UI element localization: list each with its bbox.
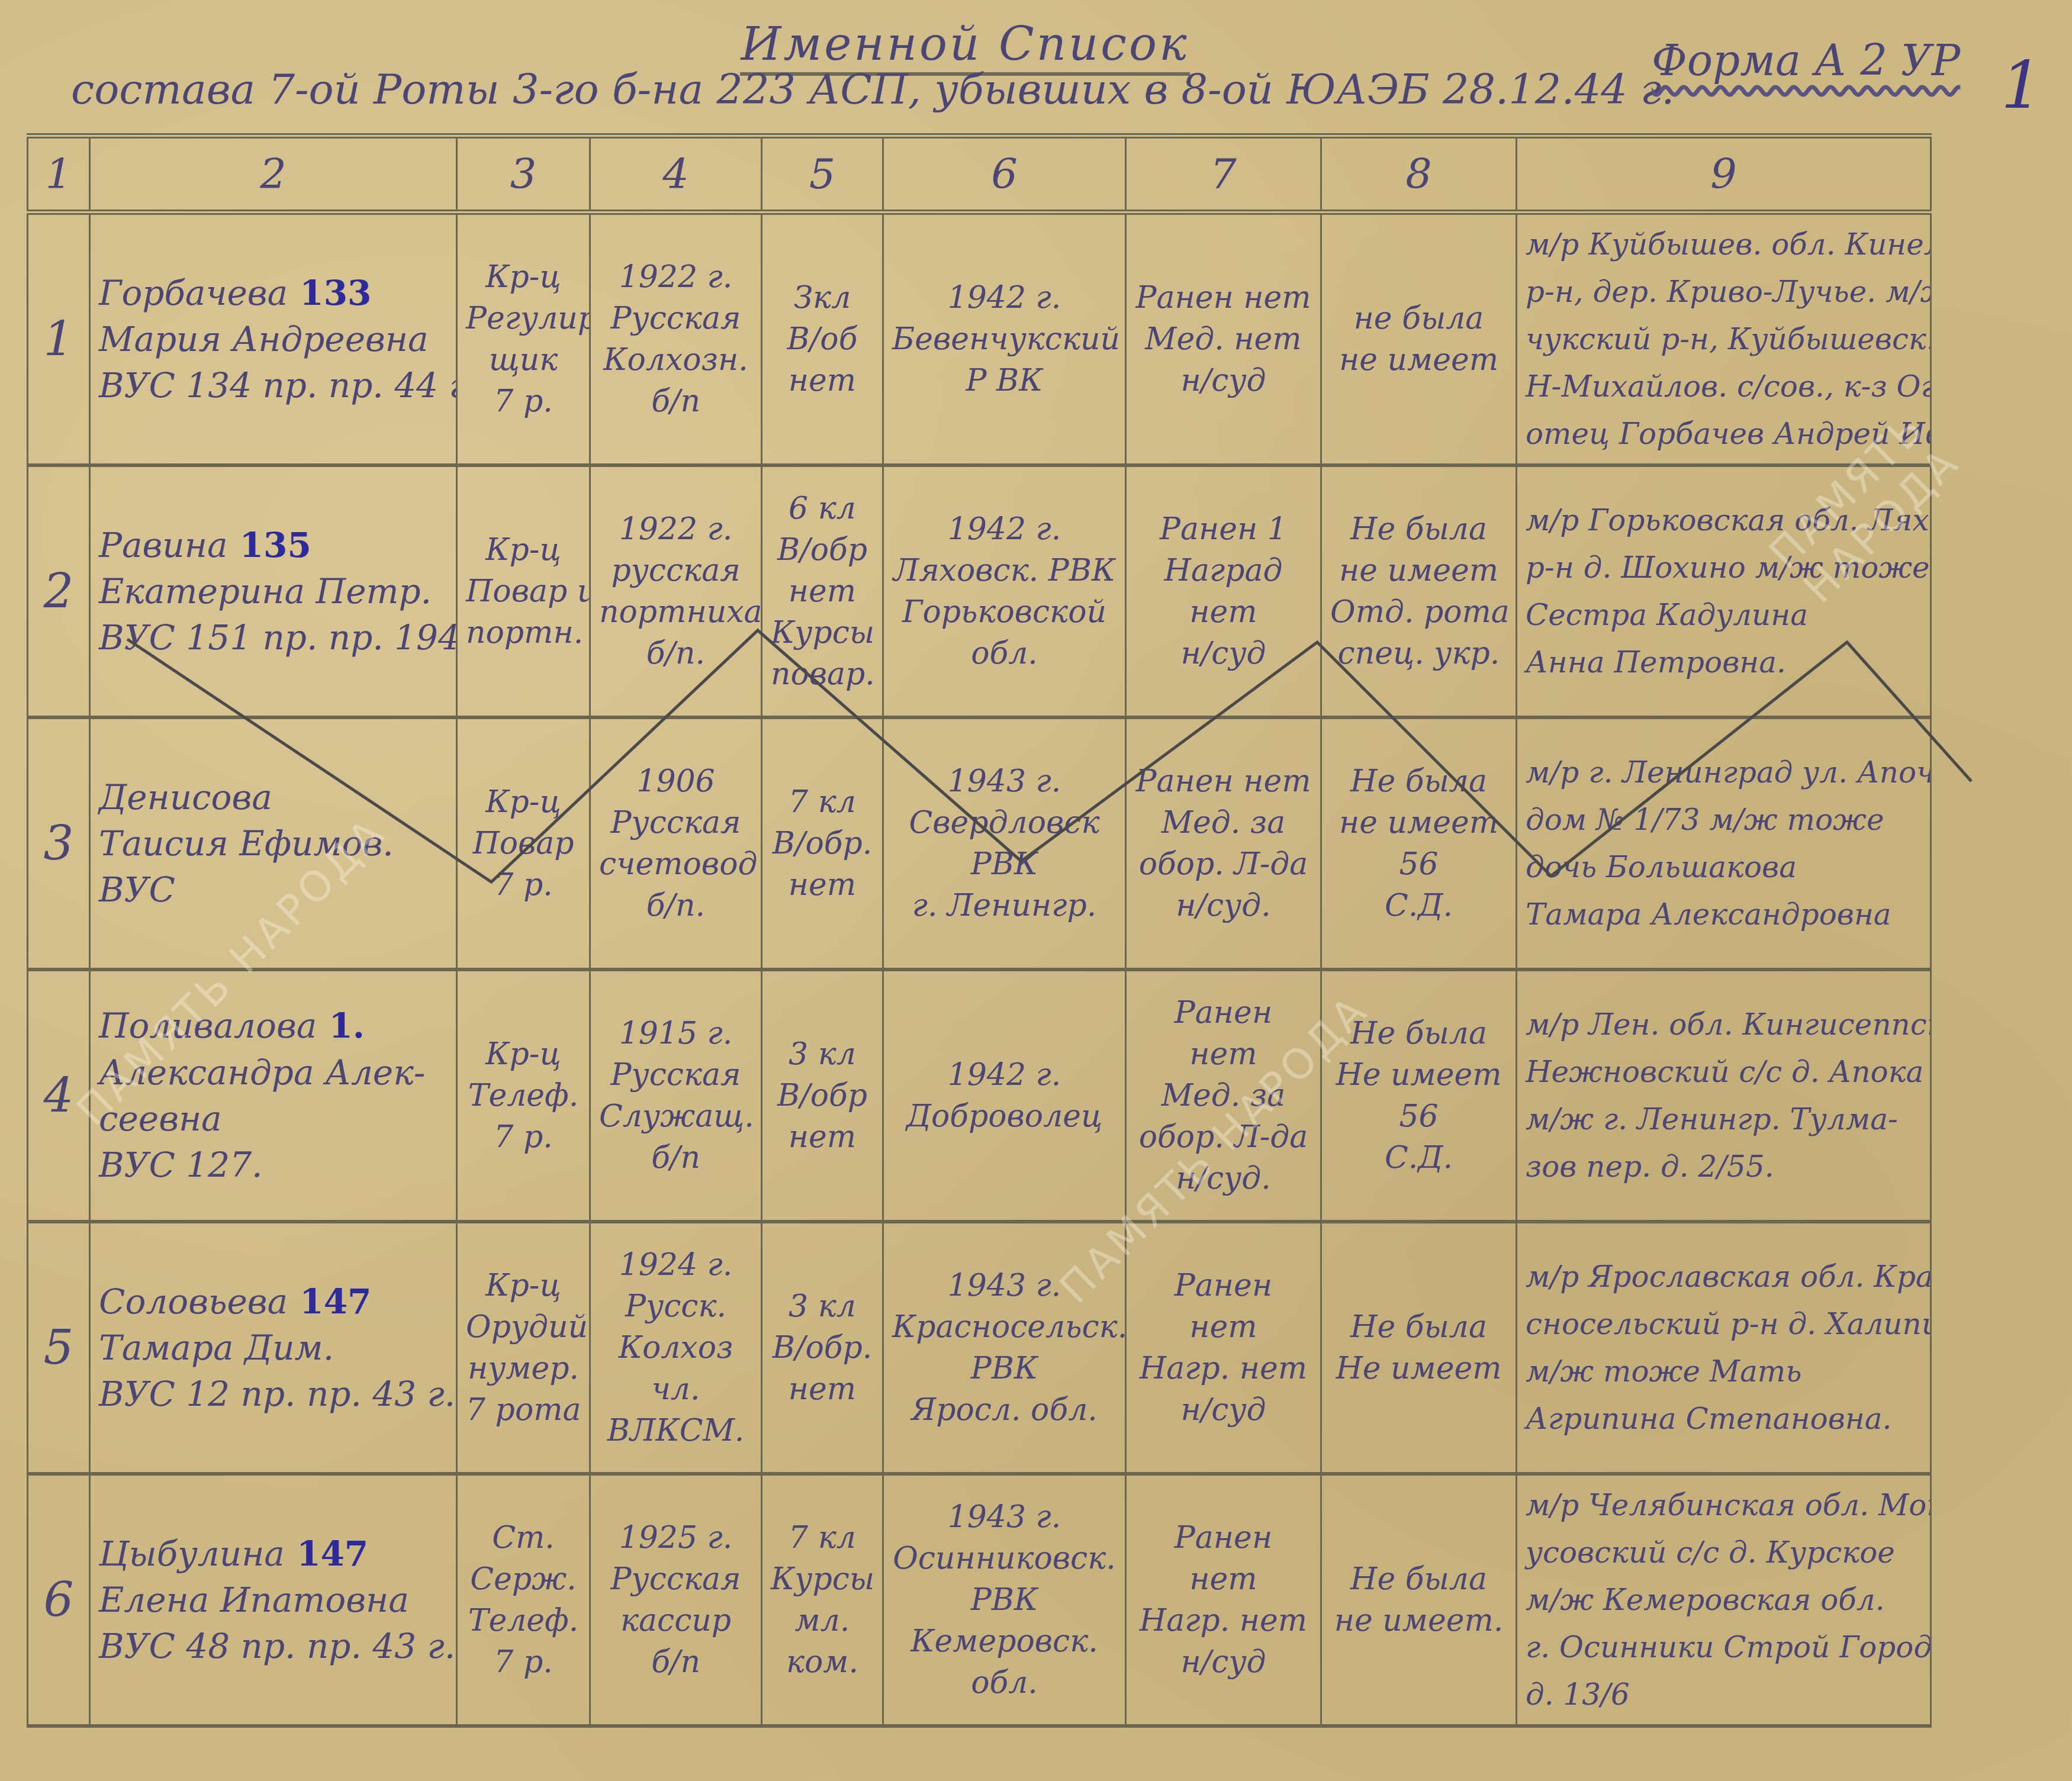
cell-line: Зкл <box>771 277 874 318</box>
cell-line: Таисия Ефимов. <box>99 820 448 867</box>
cell-col5: 7 клКурсымл.ком. <box>762 1474 883 1726</box>
cell-line: В/обр <box>771 1075 874 1116</box>
cell-line: м/ж г. Ленингр. Тулма- <box>1526 1096 1922 1143</box>
cell-col4: 1924 г.Русск.Колхозчл.ВЛКСМ. <box>590 1222 762 1474</box>
cell-line: ВУС 151 пр. пр. 1942 г. <box>99 614 448 661</box>
cell-line: н/суд <box>1135 360 1312 401</box>
cell-col7: Ранен нетМед. нетн/суд <box>1126 212 1321 466</box>
cell-line: н/суд <box>1135 1389 1312 1431</box>
cell-line: Отд. рота <box>1330 591 1507 633</box>
cell-name: ДенисоваТаисия Ефимов.ВУС <box>90 717 457 970</box>
cell-line: мл. <box>771 1600 874 1641</box>
cell-col6: 1942 г.Доброволец <box>883 970 1126 1222</box>
cell-line: г. Осинники Строй Городок <box>1526 1624 1922 1671</box>
column-header-3: 3 <box>457 136 590 212</box>
cell-line: Русская <box>599 298 752 339</box>
cell-line: Мария Андреевна <box>99 316 448 362</box>
cell-line: ВЛКСМ. <box>599 1410 752 1451</box>
cell-line: Не была <box>1330 1306 1507 1348</box>
cell-line: Кр-ц <box>466 1033 581 1075</box>
cell-line: б/п <box>599 1641 752 1683</box>
cell-col5: ЗклВ/обнет <box>762 212 883 466</box>
cell-line: РВК <box>892 1348 1117 1389</box>
cell-line: м/р Куйбышев. обл. Кинель-Черкасский <box>1526 221 1922 268</box>
cell-line: счетовод <box>599 843 752 885</box>
cell-line: Ляховск. РВК <box>892 550 1117 591</box>
cell-line: н/суд. <box>1135 1158 1312 1199</box>
cell-line: нет <box>771 864 874 906</box>
cell-line: 7 кл <box>771 1517 874 1558</box>
table-row: 2Равина 135Екатерина Петр.ВУС 151 пр. пр… <box>28 465 1931 717</box>
cell-line: 1922 г. <box>599 256 752 298</box>
cell-line: Горьковской <box>892 591 1117 633</box>
column-header-9: 9 <box>1517 136 1931 212</box>
cell-line: Русск. <box>599 1286 752 1327</box>
cell-col3: Кр-цРегулиров-щик7 р. <box>457 212 590 466</box>
cell-line: нет <box>1135 1558 1312 1600</box>
cell-line: б/п. <box>599 885 752 926</box>
cell-line: 1942 г. <box>892 277 1117 318</box>
cell-col6: 1942 г.БевенчукскийР ВК <box>883 212 1126 466</box>
cell-line: н/суд <box>1135 633 1312 674</box>
cell-line: б/п <box>599 381 752 422</box>
cell-col5: 3 клВ/обр.нет <box>762 1222 883 1474</box>
cell-name: Горбачева 133Мария АндреевнаВУС 134 пр. … <box>90 212 457 466</box>
cell-col7: Ранен 1Награднетн/суд <box>1126 465 1321 717</box>
cell-col4: 1925 г.Русскаякассирб/п <box>590 1474 762 1726</box>
cell-col6: 1943 г.Осинниковск.РВККемеровск.обл. <box>883 1474 1126 1726</box>
cell-line: 7 р. <box>466 1641 581 1683</box>
cell-line: 3 кл <box>771 1286 874 1327</box>
cell-line: 7 р. <box>466 864 581 906</box>
row-number: 3 <box>28 717 90 970</box>
cell-line: Горбачева 133 <box>99 270 448 316</box>
cell-line: г. Ленингр. <box>892 885 1117 926</box>
cell-line: Красносельск. <box>892 1306 1117 1348</box>
cell-line: Русская <box>599 1054 752 1096</box>
cell-line: Курсы <box>771 612 874 653</box>
cell-line: Нежновский с/с д. Апока <box>1526 1048 1922 1096</box>
cell-line: р-н д. Шохино м/ж тоже <box>1526 544 1922 591</box>
registry-mark: 147 <box>288 1281 371 1322</box>
cell-line: 1943 г. <box>892 1265 1117 1306</box>
cell-line: б/п <box>599 1137 752 1178</box>
table-row: 5Соловьева 147Тамара Дим.ВУС 12 пр. пр. … <box>28 1222 1931 1474</box>
cell-line: нет <box>771 1368 874 1410</box>
row-number: 1 <box>28 212 90 466</box>
cell-line: 1943 г. <box>892 761 1117 802</box>
cell-line: нет <box>1135 591 1312 633</box>
cell-col9: м/р Куйбышев. обл. Кинель-Черкасскийр-н,… <box>1517 212 1931 466</box>
cell-line: Н-Михайлов. с/сов., к-з Огни <box>1526 363 1922 410</box>
cell-line: Денисова <box>99 774 448 820</box>
cell-line: н/суд. <box>1135 885 1312 926</box>
cell-col3: Ст.Серж.Телеф.7 р. <box>457 1474 590 1726</box>
cell-col8: Не былане имеетОтд. ротаспец. укр. <box>1321 465 1517 717</box>
cell-line: ВУС 12 пр. пр. 43 г. <box>99 1371 448 1417</box>
cell-col9: м/р Лен. обл. Кингисеппский р.Нежновский… <box>1517 970 1931 1222</box>
cell-line: Тамара Дим. <box>99 1325 448 1371</box>
cell-col9: м/р Ярославская обл. Кра-сносельский р-н… <box>1517 1222 1931 1474</box>
cell-line: Равина 135 <box>99 522 448 568</box>
cell-line: Телеф. <box>466 1075 581 1116</box>
cell-line: Не имеет <box>1330 1348 1507 1389</box>
cell-line: р-н, дер. Криво-Лучье. м/жит. Бевен- <box>1526 268 1922 315</box>
cell-line: Наград <box>1135 550 1312 591</box>
column-header-4: 4 <box>590 136 762 212</box>
cell-line: нет <box>771 1116 874 1158</box>
cell-line: В/обр. <box>771 1327 874 1368</box>
cell-line: Русская <box>599 802 752 843</box>
cell-col3: Кр-цПовар ипортн. <box>457 465 590 717</box>
cell-line: н/суд <box>1135 1641 1312 1683</box>
cell-line: Кр-ц <box>466 529 581 571</box>
cell-line: Не была <box>1330 1558 1507 1600</box>
cell-line: Не была <box>1330 1013 1507 1054</box>
column-header-6: 6 <box>883 136 1126 212</box>
cell-line: Мед. за <box>1135 1075 1312 1116</box>
row-number: 5 <box>28 1222 90 1474</box>
cell-line: РВК <box>892 1579 1117 1621</box>
cell-col7: РаненнетНагр. нетн/суд <box>1126 1474 1321 1726</box>
registry-mark: 133 <box>288 273 371 313</box>
cell-col7: Ранен нетМед. заобор. Л-дан/суд. <box>1126 717 1321 970</box>
registry-mark: 135 <box>228 525 311 565</box>
cell-line: Курсы <box>771 1558 874 1600</box>
form-code: Форма А 2 УР <box>1652 36 1960 85</box>
cell-line: 1906 <box>599 761 752 802</box>
cell-line: Русская <box>599 1558 752 1600</box>
cell-line: Александра Алек- <box>99 1049 448 1096</box>
cell-col7: РаненнетМед. заобор. Л-дан/суд. <box>1126 970 1321 1222</box>
cell-col9: м/р Челябинская обл. Мокро-усовский с/с … <box>1517 1474 1931 1726</box>
cell-col7: РаненнетНагр. нетн/суд <box>1126 1222 1321 1474</box>
cell-col4: 1922 г.русскаяпортнихаб/п. <box>590 465 762 717</box>
cell-line: чл. <box>599 1368 752 1410</box>
cell-line: Ранен <box>1135 992 1312 1033</box>
cell-line: Бевенчукский <box>892 318 1117 360</box>
document-subtitle: состава 7-ой Роты 3-го б-на 223 АСП, убы… <box>71 65 1669 114</box>
cell-line: Ст. <box>466 1517 581 1558</box>
column-header-5: 5 <box>762 136 883 212</box>
cell-line: Сестра Кадулина <box>1526 591 1922 639</box>
cell-line: Мед. нет <box>1135 318 1312 360</box>
cell-col4: 1922 г.РусскаяКолхозн.б/п <box>590 212 762 466</box>
row-number: 6 <box>28 1474 90 1726</box>
cell-line: В/обр <box>771 529 874 571</box>
cell-line: ВУС 127. <box>99 1142 448 1188</box>
cell-line: не имеет. <box>1330 1600 1507 1641</box>
cell-line: Ранен 1 <box>1135 508 1312 550</box>
cell-line: Нагр. нет <box>1135 1600 1312 1641</box>
cell-line: дом № 1/73 м/ж тоже <box>1526 796 1922 843</box>
cell-line: спец. укр. <box>1330 633 1507 674</box>
column-header-2: 2 <box>90 136 457 212</box>
cell-line: нет <box>1135 1306 1312 1348</box>
cell-line: 7 рота <box>466 1389 581 1431</box>
cell-line: Осинниковск. <box>892 1538 1117 1579</box>
cell-line: Кемеровск. <box>892 1621 1117 1662</box>
cell-line: Екатерина Петр. <box>99 568 448 614</box>
cell-line: Соловьева 147 <box>99 1278 448 1325</box>
cell-line: 7 р. <box>466 1116 581 1158</box>
cell-line: Поливалова 1. <box>99 1003 448 1049</box>
cell-line: нет <box>771 360 874 401</box>
cell-line: Кр-ц <box>466 1265 581 1306</box>
cell-line: русская <box>599 550 752 591</box>
cell-line: Кр-ц <box>466 781 581 823</box>
column-header-8: 8 <box>1321 136 1517 212</box>
row-number: 4 <box>28 970 90 1222</box>
cell-line: 1915 г. <box>599 1013 752 1054</box>
cell-line: обор. Л-да <box>1135 1116 1312 1158</box>
row-number: 2 <box>28 465 90 717</box>
cell-line: Серж. <box>466 1558 581 1600</box>
cell-line: 6 кл <box>771 488 874 529</box>
cell-line: Свердловск <box>892 802 1117 843</box>
cell-col4: 1915 г.РусскаяСлужащ.б/п <box>590 970 762 1222</box>
cell-line: сеевна <box>99 1096 448 1142</box>
cell-line: Доброволец <box>892 1096 1117 1137</box>
cell-line: 7 кл <box>771 781 874 823</box>
cell-col3: Кр-цТелеф.7 р. <box>457 970 590 1222</box>
cell-line: Тамара Александровна <box>1526 891 1922 938</box>
cell-col8: Не былаНе имеет56С.Д. <box>1321 970 1517 1222</box>
cell-col9: м/р Горьковская обл. Ляховскойр-н д. Шох… <box>1517 465 1931 717</box>
cell-line: 56 <box>1330 843 1507 885</box>
cell-col6: 1942 г.Ляховск. РВКГорьковскойобл. <box>883 465 1126 717</box>
cell-line: 1942 г. <box>892 508 1117 550</box>
cell-line: портниха <box>599 591 752 633</box>
cell-line: 1924 г. <box>599 1244 752 1286</box>
cell-col5: 6 клВ/обрнетКурсыповар. <box>762 465 883 717</box>
cell-line: Ранен нет <box>1135 277 1312 318</box>
cell-line: Ранен <box>1135 1265 1312 1306</box>
cell-line: не имеет <box>1330 802 1507 843</box>
cell-line: Нагр. нет <box>1135 1348 1312 1389</box>
cell-line: Регулиров- <box>466 298 581 339</box>
cell-line: Служащ. <box>599 1096 752 1137</box>
cell-line: Яросл. обл. <box>892 1389 1117 1431</box>
cell-line: м/р Ярославская обл. Кра- <box>1526 1253 1922 1300</box>
cell-line: ВУС <box>99 867 448 913</box>
cell-name: Цыбулина 147Елена ИпатовнаВУС 48 пр. пр.… <box>90 1474 457 1726</box>
cell-line: усовский с/с д. Курское <box>1526 1529 1922 1576</box>
cell-col3: Кр-цПовар7 р. <box>457 717 590 970</box>
cell-col9: м/р г. Ленинград ул. Апочининадом № 1/73… <box>1517 717 1931 970</box>
column-header-7: 7 <box>1126 136 1321 212</box>
cell-line: 1943 г. <box>892 1496 1117 1538</box>
cell-col8: не былане имеет <box>1321 212 1517 466</box>
table-row: 6Цыбулина 147Елена ИпатовнаВУС 48 пр. пр… <box>28 1474 1931 1726</box>
cell-line: Колхозн. <box>599 339 752 381</box>
cell-line: Елена Ипатовна <box>99 1577 448 1623</box>
cell-line: сносельский р-н д. Халипино. <box>1526 1300 1922 1348</box>
cell-line: Не была <box>1330 508 1507 550</box>
table-row: 4Поливалова 1.Александра Алек-сеевнаВУС … <box>28 970 1931 1222</box>
page-number: 1 <box>2001 47 2042 123</box>
cell-line: ВУС 134 пр. пр. 44 г. <box>99 362 448 408</box>
cell-line: чукский р-н, Куйбышевск. обл. <box>1526 315 1922 363</box>
cell-line: м/р Горьковская обл. Ляховской <box>1526 497 1922 544</box>
cell-line: обор. Л-да <box>1135 843 1312 885</box>
cell-line: Орудийн. <box>466 1306 581 1348</box>
cell-name: Соловьева 147Тамара Дим.ВУС 12 пр. пр. 4… <box>90 1222 457 1474</box>
cell-line: отец Горбачев Андрей Иванов. <box>1526 410 1922 458</box>
cell-line: нумер. <box>466 1348 581 1389</box>
registry-mark: 1. <box>317 1006 365 1046</box>
cell-line: б/п. <box>599 633 752 674</box>
cell-name: Поливалова 1.Александра Алек-сеевнаВУС 1… <box>90 970 457 1222</box>
registry-mark: 147 <box>285 1534 368 1574</box>
cell-line: м/ж Кемеровская обл. <box>1526 1576 1922 1624</box>
table-row: 1Горбачева 133Мария АндреевнаВУС 134 пр.… <box>28 212 1931 466</box>
cell-line: Мед. за <box>1135 802 1312 843</box>
personnel-table: 123456789 1Горбачева 133Мария АндреевнаВ… <box>27 133 1932 1728</box>
cell-line: Не была <box>1330 761 1507 802</box>
cell-col5: 3 клВ/обрнет <box>762 970 883 1222</box>
cell-col6: 1943 г.Красносельск.РВКЯросл. обл. <box>883 1222 1126 1474</box>
cell-line: Телеф. <box>466 1600 581 1641</box>
cell-line: 1942 г. <box>892 1054 1117 1096</box>
cell-line: не была <box>1330 298 1507 339</box>
cell-line: щик <box>466 339 581 381</box>
cell-col8: Не былаНе имеет <box>1321 1222 1517 1474</box>
cell-line: 3 кл <box>771 1033 874 1075</box>
cell-line: дочь Большакова <box>1526 843 1922 891</box>
cell-line: Анна Петровна. <box>1526 639 1922 686</box>
column-number-header: 123456789 <box>28 136 1931 212</box>
cell-line: м/р Лен. обл. Кингисеппский р. <box>1526 1001 1922 1048</box>
cell-line: д. 13/6 <box>1526 1671 1922 1718</box>
cell-line: Р ВК <box>892 360 1117 401</box>
cell-line: ком. <box>771 1641 874 1683</box>
cell-line: не имеет <box>1330 550 1507 591</box>
cell-line: С.Д. <box>1330 885 1507 926</box>
cell-line: обл. <box>892 633 1117 674</box>
cell-col4: 1906Русскаясчетоводб/п. <box>590 717 762 970</box>
cell-line: 56 <box>1330 1096 1507 1137</box>
cell-line: 1925 г. <box>599 1517 752 1558</box>
cell-line: РВК <box>892 843 1117 885</box>
cell-line: Цыбулина 147 <box>99 1531 448 1577</box>
cell-line: Повар <box>466 823 581 864</box>
cell-line: зов пер. д. 2/55. <box>1526 1143 1922 1190</box>
cell-line: Агрипина Степановна. <box>1526 1395 1922 1442</box>
cell-line: Ранен нет <box>1135 761 1312 802</box>
cell-line: Ранен <box>1135 1517 1312 1558</box>
cell-col3: Кр-цОрудийн.нумер.7 рота <box>457 1222 590 1474</box>
cell-line: В/об <box>771 318 874 360</box>
cell-line: ВУС 48 пр. пр. 43 г. <box>99 1623 448 1669</box>
cell-line: 1922 г. <box>599 508 752 550</box>
cell-line: Кр-ц <box>466 256 581 298</box>
cell-col6: 1943 г.СвердловскРВКг. Ленингр. <box>883 717 1126 970</box>
cell-line: нет <box>771 571 874 612</box>
cell-line: Повар и <box>466 571 581 612</box>
cell-col8: Не былане имеет. <box>1321 1474 1517 1726</box>
cell-line: кассир <box>599 1600 752 1641</box>
cell-line: не имеет <box>1330 339 1507 381</box>
column-header-1: 1 <box>28 136 90 212</box>
cell-line: нет <box>1135 1033 1312 1075</box>
cell-line: С.Д. <box>1330 1137 1507 1178</box>
cell-col8: Не былане имеет56С.Д. <box>1321 717 1517 970</box>
cell-line: Колхоз <box>599 1327 752 1368</box>
cell-line: м/р Челябинская обл. Мокро- <box>1526 1482 1922 1529</box>
cell-line: 7 р. <box>466 381 581 422</box>
cell-line: обл. <box>892 1662 1117 1703</box>
cell-line: повар. <box>771 653 874 695</box>
cell-line: В/обр. <box>771 823 874 864</box>
cell-name: Равина 135Екатерина Петр.ВУС 151 пр. пр.… <box>90 465 457 717</box>
cell-col5: 7 клВ/обр.нет <box>762 717 883 970</box>
cell-line: портн. <box>466 612 581 653</box>
cell-line: м/р г. Ленинград ул. Апочинина <box>1526 749 1922 796</box>
table-row: 3ДенисоваТаисия Ефимов.ВУСКр-цПовар7 р.1… <box>28 717 1931 970</box>
cell-line: Не имеет <box>1330 1054 1507 1096</box>
cell-line: м/ж тоже Мать <box>1526 1348 1922 1395</box>
